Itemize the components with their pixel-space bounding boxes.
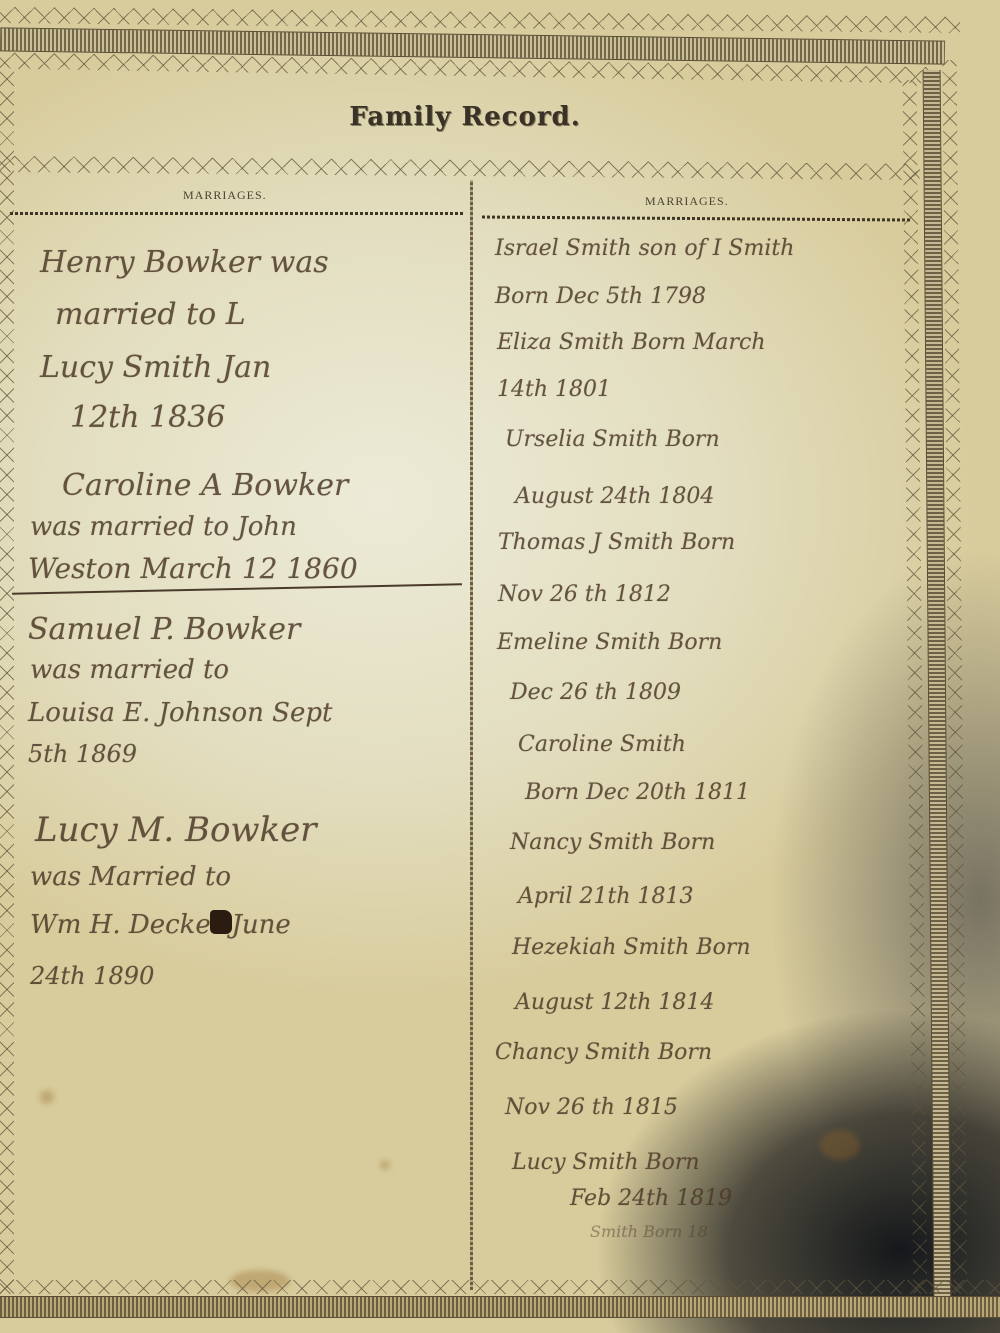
paper-stain — [40, 1090, 54, 1104]
entry-line: 24th 1890 — [30, 962, 154, 990]
entry-line: Dec 26 th 1809 — [510, 680, 681, 705]
entry-line: 14th 1801 — [497, 377, 611, 402]
column-header-right: MARRIAGES. — [645, 194, 729, 209]
page-title: Family Record. — [0, 102, 930, 132]
column-divider — [470, 180, 473, 1290]
entry-line: Nov 26 th 1812 — [498, 582, 671, 607]
entry-line: married to L — [55, 297, 246, 332]
entry-line: Henry Bowker was — [40, 245, 329, 280]
entry-line: Lucy Smith Jan — [40, 350, 271, 385]
paper-stain — [820, 1130, 860, 1160]
entry-line: 5th 1869 — [28, 740, 137, 768]
entry-line: Urselia Smith Born — [505, 427, 720, 452]
decorative-stripe-border — [0, 1296, 1000, 1318]
entry-line: Samuel P. Bowker — [28, 612, 300, 647]
record-page: Family Record. MARRIAGES. MARRIAGES. Hen… — [0, 0, 1000, 1333]
entry-line: Wm H. Decker June — [30, 910, 291, 940]
entry-line: Israel Smith son of I Smith — [495, 236, 794, 261]
decorative-lattice-border — [0, 1280, 1000, 1294]
entry-line: 12th 1836 — [70, 400, 225, 435]
ink-blot — [210, 910, 232, 934]
decorative-lattice-border — [0, 70, 14, 1310]
entry-line: Lucy M. Bowker — [35, 810, 317, 850]
entry-line: Weston March 12 1860 — [28, 552, 358, 585]
entry-line: was Married to — [30, 862, 231, 892]
entry-line: August 24th 1804 — [515, 484, 714, 509]
entry-line: Caroline Smith — [518, 732, 686, 757]
handwritten-divider-line — [12, 583, 462, 594]
entry-line: April 21th 1813 — [518, 884, 694, 909]
entry-line: Smith Born 18 — [590, 1222, 708, 1241]
paper-stain — [380, 1160, 390, 1170]
entry-line: was married to John — [30, 512, 297, 542]
entry-line: Nancy Smith Born — [510, 830, 715, 855]
entry-line: Eliza Smith Born March — [497, 330, 766, 355]
entry-line: August 12th 1814 — [515, 990, 714, 1015]
column-header-left: MARRIAGES. — [183, 188, 267, 203]
entry-line: Hezekiah Smith Born — [512, 935, 751, 960]
entry-line: Caroline A Bowker — [62, 468, 348, 503]
entry-line: Lucy Smith Born — [512, 1150, 700, 1175]
header-rule — [482, 216, 910, 222]
entry-line: Louisa E. Johnson Sept — [28, 698, 332, 728]
entry-line: Born Dec 20th 1811 — [525, 780, 750, 805]
header-rule — [10, 212, 465, 215]
entry-line: was married to — [30, 655, 229, 685]
entry-line: Thomas J Smith Born — [498, 530, 735, 555]
entry-line: Chancy Smith Born — [495, 1040, 712, 1065]
entry-line: Emeline Smith Born — [497, 630, 722, 655]
entry-line: Nov 26 th 1815 — [505, 1095, 678, 1120]
title-lattice-divider — [0, 156, 920, 180]
entry-line: Born Dec 5th 1798 — [495, 284, 706, 309]
entry-line: Feb 24th 1819 — [570, 1186, 732, 1211]
